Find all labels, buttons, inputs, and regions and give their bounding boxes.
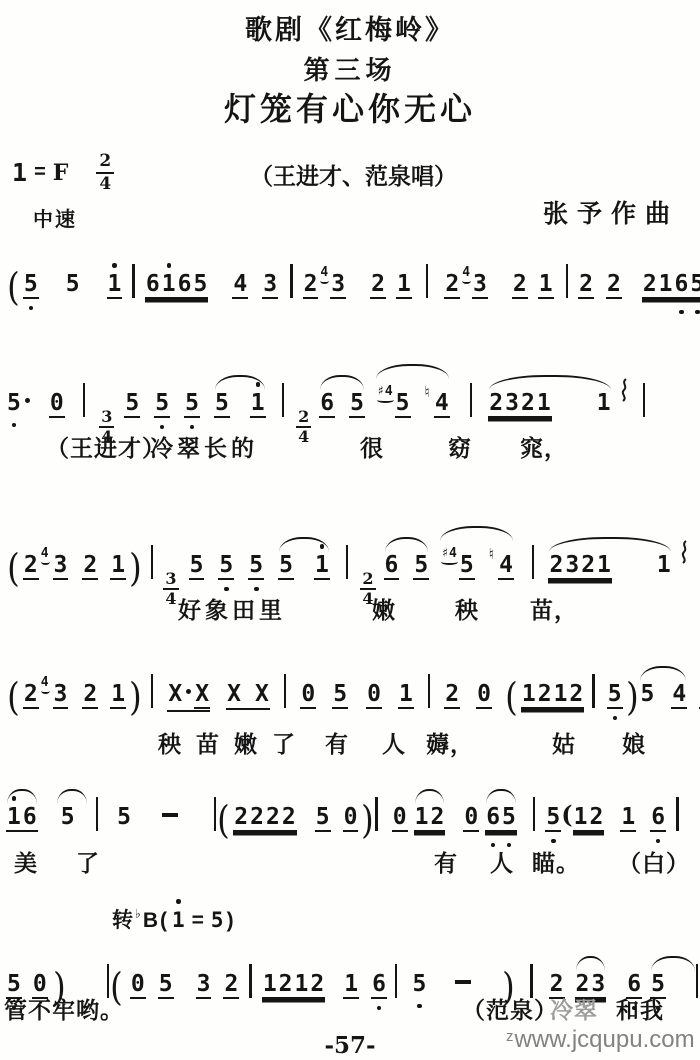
note: 2	[588, 804, 604, 832]
paren: )	[362, 807, 375, 833]
time-numerator: 2	[360, 571, 375, 590]
equals-sign: =	[34, 161, 46, 184]
time-numerator: 3	[163, 571, 178, 590]
note-digit: 3	[53, 552, 69, 580]
note: 2	[429, 804, 445, 832]
note: 1	[343, 971, 359, 999]
time-denominator: 4	[165, 590, 176, 607]
note: 2	[265, 804, 281, 832]
note: 0	[366, 681, 382, 709]
note: X	[167, 681, 183, 707]
note-digit: 4	[232, 271, 248, 299]
note-digit: 1	[110, 681, 126, 709]
augmentation-dot	[25, 398, 30, 403]
note: 0	[300, 681, 316, 709]
note-digit: 1	[620, 804, 636, 832]
paren: (	[7, 684, 20, 710]
slur-arc	[320, 375, 364, 390]
beam-group: XX	[226, 681, 270, 710]
note-digit: X	[226, 681, 242, 707]
lyric: 很	[360, 430, 384, 463]
opera-title: 歌剧《红梅岭》	[0, 8, 700, 47]
note-digit: 5	[607, 681, 623, 709]
note-digit: 2	[520, 390, 536, 418]
note-digit: 5	[189, 552, 205, 580]
time-denominator: 4	[298, 428, 309, 445]
paren: )	[129, 684, 142, 710]
note: 1	[656, 552, 672, 578]
note: 5	[214, 390, 230, 418]
note: 1	[538, 271, 554, 299]
note: 1	[396, 271, 412, 299]
note-digit: 0	[392, 804, 408, 832]
barline	[395, 964, 398, 998]
note: 5	[192, 271, 208, 299]
note: 1	[658, 271, 674, 299]
time-numerator: 2	[296, 409, 311, 428]
barline	[470, 383, 473, 417]
note: 0	[463, 804, 479, 832]
note: 6	[674, 271, 690, 299]
note: 1	[107, 271, 123, 299]
note: 1	[294, 971, 310, 999]
paren: (	[7, 555, 20, 581]
note-digit: 2	[23, 681, 39, 709]
barline	[249, 964, 252, 998]
slur-arc	[651, 956, 695, 971]
note-digit: 3	[262, 271, 278, 299]
octave-dot-below	[695, 310, 700, 315]
note: 1	[573, 804, 589, 832]
note-digit: X	[254, 681, 270, 707]
note-digit: 1	[553, 681, 569, 709]
note-digit: 1	[398, 681, 414, 709]
note: 5	[218, 552, 234, 580]
lyric: （范泉）	[462, 992, 558, 1025]
grace-note: 4	[41, 676, 49, 694]
time-signature: 24	[296, 409, 311, 445]
watermark: zwww.jcqupu.com	[506, 1026, 695, 1054]
barline	[346, 545, 349, 579]
note: 3	[196, 971, 212, 999]
paren: (	[218, 807, 231, 833]
note: 5	[411, 971, 427, 997]
note-digit: 5	[124, 390, 140, 418]
note-digit: 5	[210, 907, 225, 933]
note: 2	[278, 971, 294, 999]
note: 5	[184, 390, 200, 418]
note-digit: 2	[548, 552, 564, 580]
note-digit: 2	[223, 971, 239, 999]
lyric: 秧	[455, 592, 479, 625]
key-signature: 1 = F 2 4	[12, 152, 114, 193]
barline	[284, 674, 287, 708]
text: =	[192, 909, 204, 933]
lyric: 窕，	[520, 430, 568, 463]
slur-group: 54	[639, 681, 687, 709]
scene-title: 第三场	[0, 50, 700, 87]
performers-label: （王进才、范泉唱）	[250, 158, 457, 191]
lyric: 了	[272, 726, 296, 759]
note-digit: 5	[60, 804, 76, 830]
note: 1	[536, 390, 552, 418]
note-digit: 5	[278, 552, 294, 580]
natural-sign: ♮	[489, 541, 494, 567]
lyric: 嫩	[234, 726, 258, 759]
note-digit: 5	[349, 390, 365, 418]
note: 5	[278, 552, 294, 580]
octave-dot-below	[377, 1006, 382, 1011]
tempo-marking: 中速	[33, 203, 77, 232]
watermark-logo-icon: z	[506, 1028, 514, 1045]
barline	[696, 964, 699, 998]
note: 5	[189, 552, 205, 580]
note: 2	[223, 971, 239, 999]
note: 2	[444, 681, 460, 709]
note-digit: 2	[578, 271, 594, 299]
note: 2	[370, 271, 386, 299]
barline	[132, 264, 135, 298]
note-digit: 2	[568, 681, 584, 709]
note-digit: 0	[463, 804, 479, 832]
note: 2	[444, 271, 460, 299]
note: X	[194, 681, 210, 709]
lyric: 苗，	[530, 592, 578, 625]
note: 6	[145, 271, 161, 299]
note: 1	[521, 681, 537, 709]
note-digit: 5	[248, 552, 264, 580]
note-digit: 2	[588, 804, 604, 832]
lyric: 有	[434, 845, 458, 878]
note-digit: 2	[444, 271, 460, 299]
note-digit: 4	[434, 390, 450, 418]
note-digit: 5	[23, 271, 39, 299]
time-numerator: 3	[99, 409, 114, 428]
lyric: 娘	[622, 726, 646, 759]
note-digit: 2	[233, 804, 249, 832]
note: 5	[349, 390, 365, 418]
barline	[676, 797, 679, 831]
note: 5	[689, 271, 700, 299]
note-digit: 1	[538, 271, 554, 299]
note: 2	[537, 681, 553, 709]
note-digit: 1	[521, 681, 537, 709]
time-numerator: 2	[96, 152, 114, 174]
note: 1	[6, 804, 22, 832]
note: 2	[249, 804, 265, 832]
note-digit: 2	[444, 681, 460, 709]
note-digit: 2	[537, 681, 553, 709]
note: 2	[512, 271, 528, 299]
note-digit: 6	[650, 804, 666, 832]
note: 2	[281, 804, 297, 832]
octave-dot-below	[656, 839, 661, 844]
lyric: 薅，	[426, 726, 474, 759]
time-denominator: 4	[99, 174, 111, 194]
note-digit: 1	[250, 390, 266, 418]
note-digit: 6	[371, 971, 387, 999]
octave-dot-below	[160, 425, 165, 430]
note: 5	[395, 390, 411, 418]
note: 1	[620, 804, 636, 832]
note: 2	[303, 271, 319, 299]
slur-arc	[549, 537, 670, 552]
slur-arc	[489, 375, 610, 390]
time-signature: 34	[163, 571, 178, 607]
barline	[532, 545, 535, 579]
note-digit: 3	[53, 681, 69, 709]
time-signature-main: 2 4	[96, 152, 114, 193]
note-digit: 1	[107, 271, 123, 299]
note: 5	[23, 271, 39, 299]
text: B	[143, 909, 158, 933]
note-digit: 2	[488, 390, 504, 418]
note: 5	[65, 271, 81, 297]
slur-group: 51	[278, 552, 330, 580]
sheet-music-page: 歌剧《红梅岭》 第三场 灯笼有心你无心 1 = F 2 4 （王进才、范泉唱） …	[0, 0, 700, 1060]
slur-arc	[640, 666, 686, 681]
wavy-ornament-icon	[620, 378, 629, 408]
note: 5	[315, 804, 331, 832]
note-digit: 2	[249, 804, 265, 832]
note-digit: 6	[319, 390, 335, 418]
note: 1	[171, 907, 186, 933]
octave-dot-above	[112, 263, 117, 268]
slur-arc	[385, 537, 429, 552]
slur-group: 16	[6, 804, 38, 832]
note-digit: 3	[330, 271, 346, 299]
slur-arc	[415, 789, 445, 804]
note: 2	[488, 390, 504, 418]
note-digit: 2	[303, 271, 319, 299]
note-digit: 5	[689, 271, 700, 299]
lyric: 嫩	[372, 592, 396, 625]
note: 4	[498, 552, 514, 580]
music-line-1: (5516165432432124321222165	[6, 264, 700, 300]
note: 3	[564, 552, 580, 580]
note-digit: 2	[82, 552, 98, 580]
note-digit: 5	[154, 390, 170, 418]
note-digit: 2	[265, 804, 281, 832]
note-digit: 5	[411, 971, 427, 997]
note-digit: 5	[639, 681, 655, 707]
barline	[428, 674, 431, 708]
slur-group: 23211	[488, 390, 611, 418]
slur-group: 51	[214, 390, 266, 418]
lyric: 和我	[616, 992, 664, 1025]
note-digit: 2	[309, 971, 325, 999]
note: 5	[116, 804, 132, 830]
note-digit: 1	[396, 271, 412, 299]
note: 5	[459, 552, 475, 580]
note: 1	[110, 681, 126, 709]
slur-group: ♯45♮4	[439, 541, 514, 580]
note-digit: 2	[606, 271, 622, 299]
note: 1	[250, 390, 266, 418]
lyric: 秧	[158, 726, 182, 759]
note: 4	[434, 390, 450, 418]
note: 3	[504, 390, 520, 418]
note: 2	[233, 804, 249, 832]
song-title: 灯笼有心你无心	[0, 84, 700, 130]
lyric: 美	[14, 845, 38, 878]
note-digit: 1	[262, 971, 278, 999]
note-digit: 2	[642, 271, 658, 299]
note: 1	[262, 971, 278, 999]
note-digit: 4	[498, 552, 514, 580]
note: 5	[639, 681, 655, 707]
note: 1	[596, 390, 612, 416]
note: 5	[154, 390, 170, 418]
note: 6	[650, 804, 666, 832]
slur-arc	[486, 789, 516, 804]
note-digit: 0	[366, 681, 382, 709]
note: 2	[568, 681, 584, 709]
slur-arc	[440, 526, 513, 541]
paren: (	[7, 274, 20, 300]
modulation-line: 转♭B(1=5)	[112, 903, 234, 933]
note-digit: 5	[158, 971, 174, 999]
lyric: 好象田里	[178, 592, 286, 625]
music-line-3: (24321)34555512465♯45♮423211	[6, 540, 700, 607]
note: 2	[548, 552, 564, 580]
note: 5	[501, 804, 517, 832]
note: 3	[472, 271, 488, 299]
lyric: 人	[490, 845, 514, 878]
key-tonic: 1	[12, 158, 27, 187]
augmentation-dot	[186, 689, 191, 694]
note-digit: 3	[472, 271, 488, 299]
note: 5	[332, 681, 348, 709]
barline	[592, 674, 595, 708]
octave-dot-below	[190, 425, 195, 430]
octave-dot-above	[176, 899, 181, 904]
note-digit: 3	[504, 390, 520, 418]
note: X	[226, 681, 242, 707]
paren: (	[505, 684, 518, 710]
lyric: （王进才）	[46, 430, 166, 463]
octave-dot-below	[12, 423, 17, 428]
octave-dot-below	[613, 716, 618, 721]
note: 5	[158, 971, 174, 999]
slur-arc	[576, 956, 606, 971]
note-digit: 5	[332, 681, 348, 709]
composer-credit: 张予作曲	[543, 194, 679, 230]
note-digit: 3	[196, 971, 212, 999]
note: 2	[23, 552, 39, 580]
note-digit: 5	[218, 552, 234, 580]
note: 5	[545, 804, 561, 832]
slur-group: 65	[319, 390, 365, 418]
note-digit: 5	[65, 271, 81, 297]
barline	[426, 264, 429, 298]
note-digit: 2	[512, 271, 528, 299]
note-digit: 1	[596, 552, 612, 580]
paren: )	[626, 684, 639, 710]
note: 3	[330, 271, 346, 299]
grace-note: 4	[462, 266, 470, 284]
watermark-text: www.jcqupu.com	[515, 1026, 695, 1053]
barline	[375, 797, 378, 831]
note: 2	[580, 552, 596, 580]
note-digit: 5	[315, 804, 331, 832]
lyric: 冷翠	[550, 992, 598, 1025]
slur-group: 5	[56, 804, 88, 830]
note: 0	[343, 804, 359, 832]
note: 5	[413, 552, 429, 580]
text: )	[227, 909, 234, 933]
note-digit: 6	[22, 804, 38, 832]
note-digit: 6	[177, 271, 193, 299]
octave-dot-above	[256, 382, 261, 387]
note: 1	[314, 552, 330, 580]
note-digit: 1	[414, 804, 430, 832]
half-note-dash	[162, 813, 178, 817]
note-digit: 6	[384, 552, 400, 580]
note-digit: 5	[184, 390, 200, 418]
paren: )	[129, 555, 142, 581]
key-name: F	[53, 160, 69, 186]
note-digit: 3	[564, 552, 580, 580]
note: 0	[476, 681, 492, 709]
slur-group: ♯45♮4	[375, 379, 450, 418]
octave-dot-below	[679, 310, 684, 315]
octave-dot-above	[320, 544, 325, 549]
note: 5	[210, 907, 225, 933]
note-digit: 2	[23, 552, 39, 580]
barline	[214, 797, 217, 831]
grace-note: ♯4	[441, 547, 457, 565]
note: 2	[606, 271, 622, 299]
note-digit: X	[167, 681, 183, 707]
octave-dot-above	[12, 796, 17, 801]
note-digit: 0	[343, 804, 359, 832]
note-digit: 5	[395, 390, 411, 418]
note: 6	[22, 804, 38, 832]
note-digit: 6	[674, 271, 690, 299]
music-line-5: 1655(222250)0120655(1216	[6, 797, 679, 833]
lyric: 姑	[552, 726, 576, 759]
beam-group: XX	[167, 681, 210, 712]
small-paren: (	[561, 802, 572, 828]
note: X	[254, 681, 270, 707]
slur-arc	[57, 789, 87, 804]
grace-note: ♯4	[377, 385, 393, 403]
barline	[83, 383, 86, 417]
lyric: 有	[325, 726, 349, 759]
note: 0	[392, 804, 408, 832]
note-digit: 5	[459, 552, 475, 580]
note: 3	[53, 681, 69, 709]
barline	[566, 264, 569, 298]
natural-sign: ♮	[425, 379, 430, 405]
note-digit: 2	[370, 271, 386, 299]
barline	[96, 797, 99, 831]
note-digit: 1	[161, 271, 177, 299]
lyric: 了	[76, 845, 100, 878]
note-digit: 2	[429, 804, 445, 832]
note: 2	[82, 552, 98, 580]
note: 0	[49, 390, 65, 418]
note: 1	[596, 552, 612, 580]
note-digit: 0	[476, 681, 492, 709]
note: 1	[414, 804, 430, 832]
note-digit: 5	[214, 390, 230, 418]
note: 1	[161, 271, 177, 299]
note: 6	[384, 552, 400, 580]
note-digit: 2	[281, 804, 297, 832]
slur-group: 12	[414, 804, 446, 832]
